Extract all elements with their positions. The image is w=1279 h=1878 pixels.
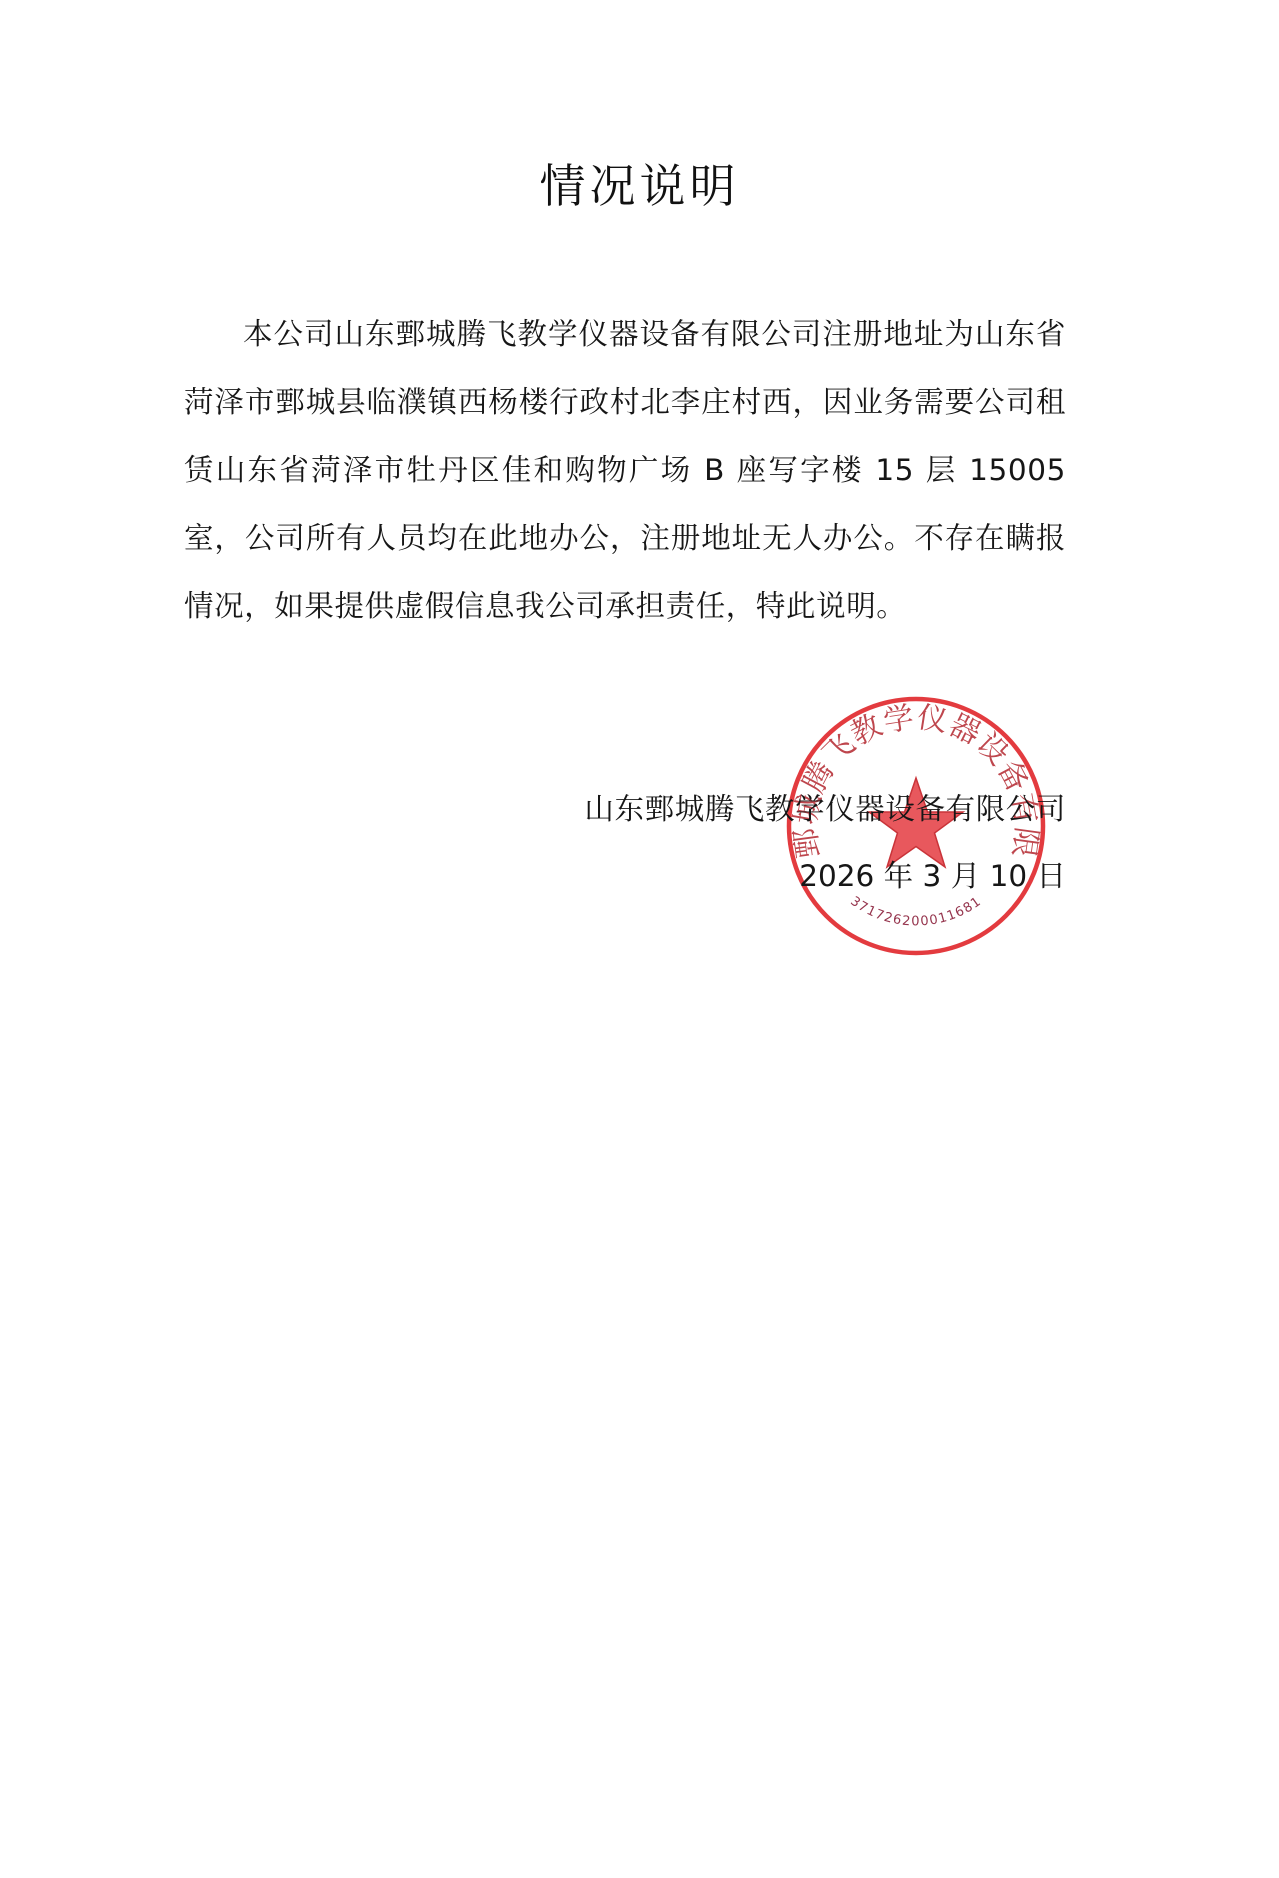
- seal-registration-number: 371726200011681: [847, 894, 984, 930]
- statement-paragraph: 本公司山东鄄城腾飞教学仪器设备有限公司注册地址为山东省菏泽市鄄城县临濮镇西杨楼行…: [184, 300, 1066, 640]
- signature-company-name: 山东鄄城腾飞教学仪器设备有限公司: [584, 786, 1066, 828]
- signature-date: 2026 年 3 月 10 日: [799, 853, 1066, 895]
- document-title: 情况说明: [0, 150, 1279, 216]
- document-page: 情况说明 本公司山东鄄城腾飞教学仪器设备有限公司注册地址为山东省菏泽市鄄城县临濮…: [0, 0, 1279, 1878]
